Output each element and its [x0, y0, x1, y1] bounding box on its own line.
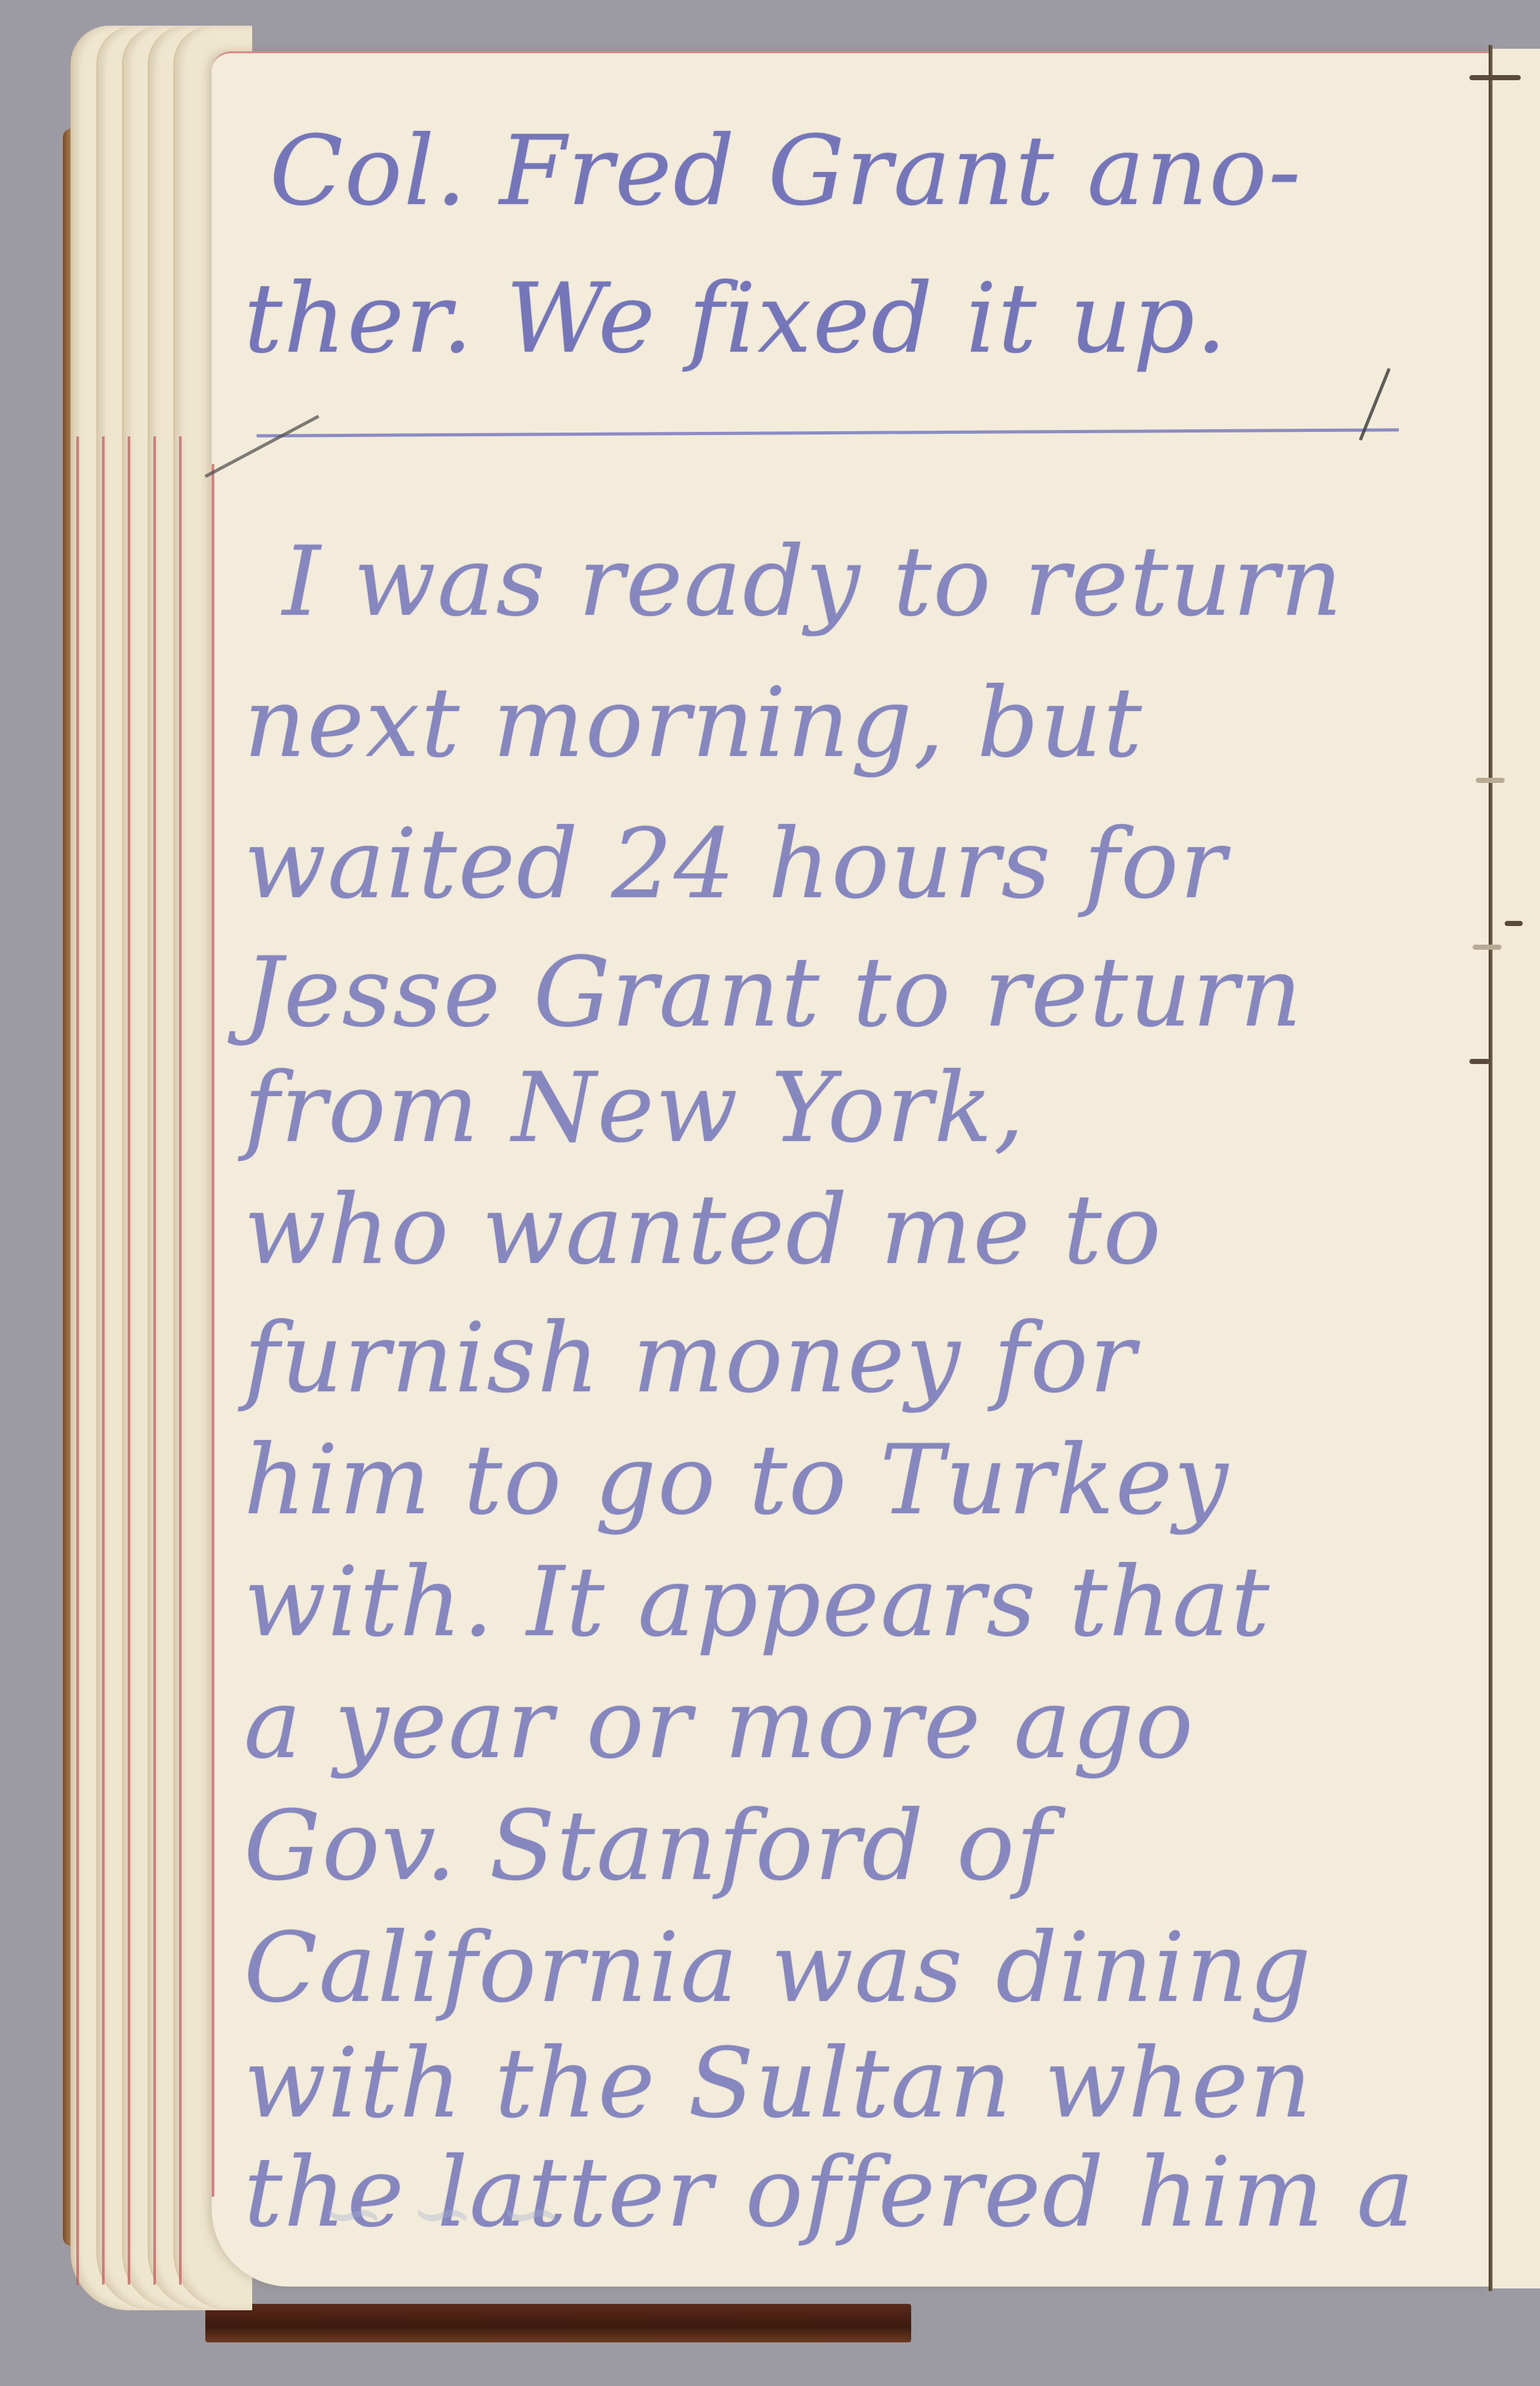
text-line: waited 24 hours for	[244, 809, 1228, 920]
text-line: Gov. Stanford of	[244, 1790, 1053, 1902]
facing-page-edge	[1493, 49, 1540, 2288]
text-line: Col. Fred Grant ano-	[269, 116, 1302, 227]
text-line: Jesse Grant to return	[244, 937, 1303, 1049]
text-line: ther. We fixed it up.	[244, 263, 1228, 375]
text-line: with. It appears that	[244, 1547, 1270, 1658]
binding-stitch	[1469, 1059, 1490, 1064]
binding-stitch	[1469, 75, 1521, 80]
text-line: who wanted me to	[244, 1174, 1162, 1286]
text-line: furnish money for	[244, 1303, 1137, 1414]
text-line: from New York,	[244, 1052, 1025, 1164]
text-line: with the Sultan when	[244, 2028, 1313, 2140]
text-line: California was dining	[244, 1912, 1312, 2024]
binding-stitch	[1476, 778, 1505, 783]
notebook-leather-cover	[205, 2304, 911, 2342]
text-line: him to go to Turkey	[244, 1425, 1229, 1536]
ink-dot	[1505, 921, 1523, 926]
page-red-edge	[212, 464, 214, 2197]
text-line: I was ready to return	[282, 526, 1344, 638]
ink-bleed-through: ~ ~ ~	[321, 2169, 563, 2258]
binding-stitch	[1473, 945, 1502, 950]
text-line: a year or more ago	[244, 1669, 1195, 1780]
text-line: next morning, but	[244, 667, 1143, 779]
